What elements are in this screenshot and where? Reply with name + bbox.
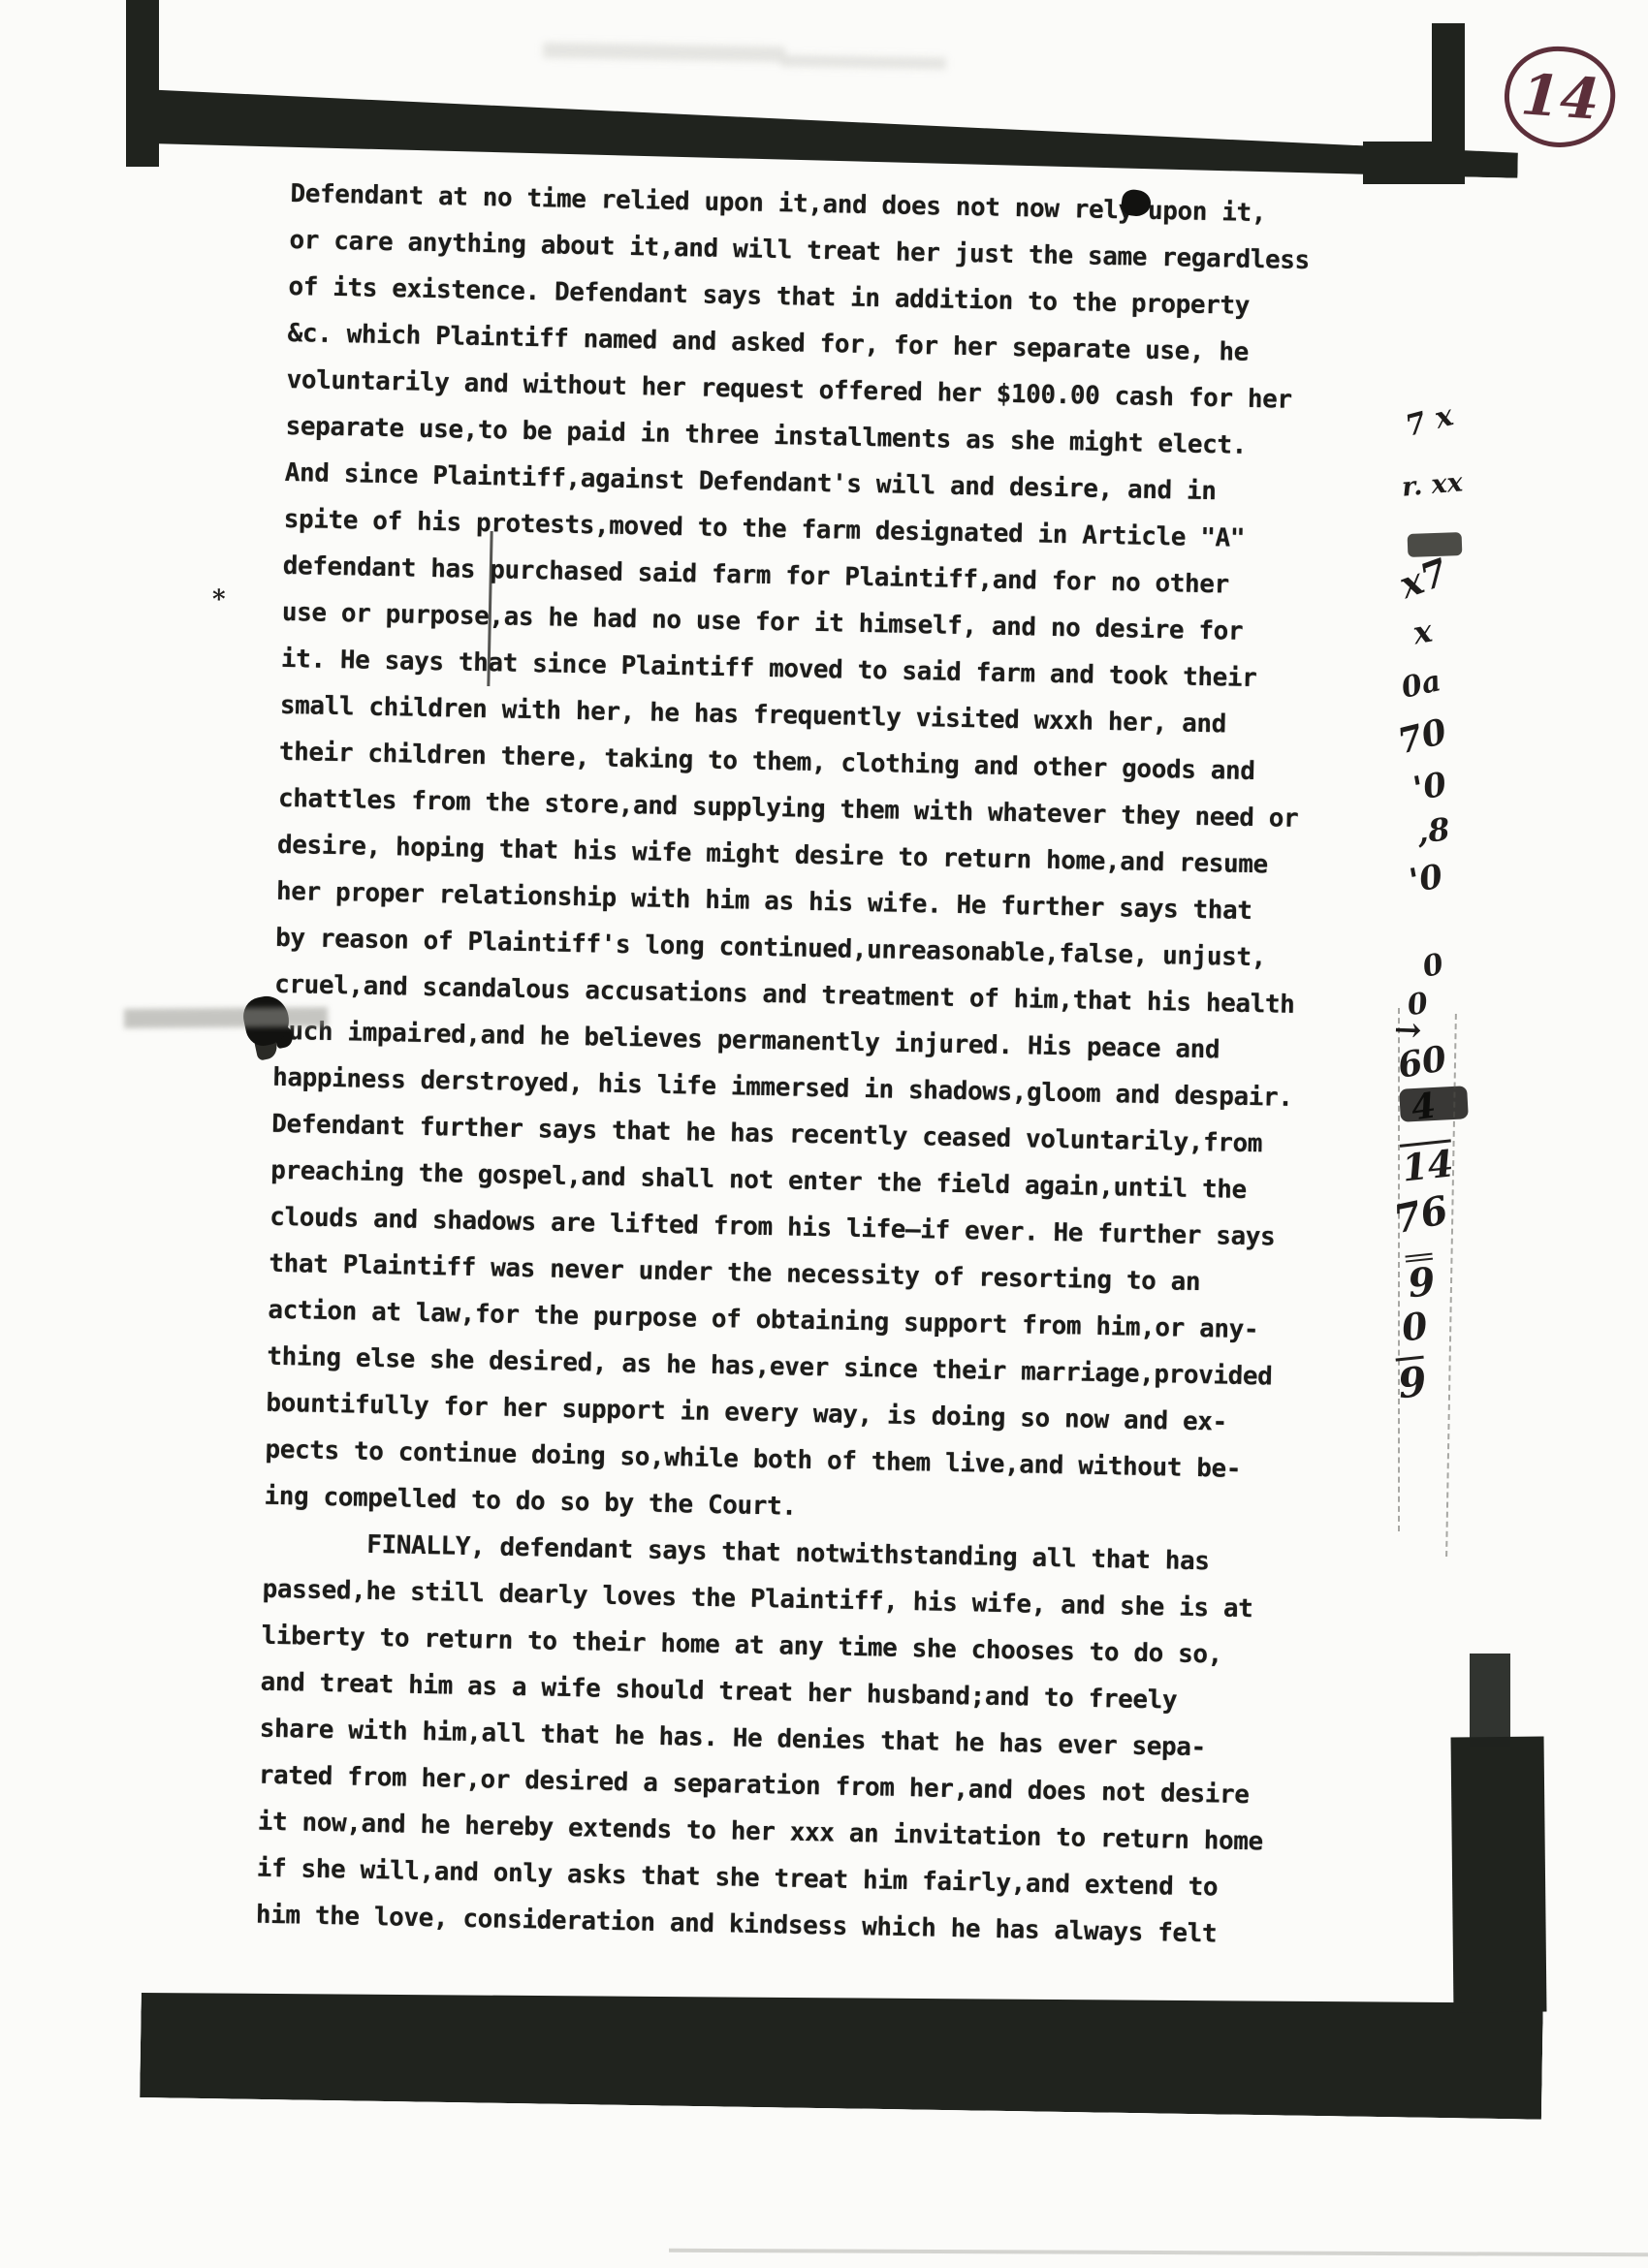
margin-note: 9 [1396, 1356, 1429, 1405]
page-number: 14 [1518, 61, 1600, 132]
margin-note: * [212, 587, 226, 613]
margin-note: ,8 [1415, 813, 1451, 847]
margin-note: '0 [1410, 768, 1448, 805]
bottom-edge-band [140, 1981, 1543, 2120]
smudge-streak [124, 1007, 328, 1028]
margin-note: 14 [1400, 1139, 1455, 1186]
margin-note: 0a [1399, 667, 1443, 704]
ghost-smudge [781, 55, 946, 70]
top-right-corner-bar [1432, 23, 1465, 184]
page-number-badge: 14 [1500, 41, 1620, 152]
scanner-edge-line [669, 2249, 1648, 2256]
margin-note: r. xx [1401, 469, 1464, 500]
margin-note: 70 [1394, 713, 1449, 759]
left-edge-bar [126, 0, 159, 167]
bottom-right-strip [1451, 1737, 1547, 2013]
margin-note: '0 [1407, 860, 1444, 898]
margin-note: 4 [1410, 1087, 1439, 1125]
margin-note: 9 [1405, 1253, 1437, 1305]
scanned-document-page: 14 Defendant at no time relied upon it,a… [0, 0, 1648, 2268]
typed-text-block: Defendant at no time relied upon it,and … [255, 171, 1463, 1962]
margin-note: 0 [1399, 1307, 1429, 1346]
margin-note: 60 [1395, 1041, 1449, 1084]
top-edge-band [140, 89, 1519, 178]
bottom-right-sliver [1470, 1654, 1510, 1747]
top-right-corner-stub [1363, 142, 1437, 184]
margin-note: 76 [1390, 1191, 1451, 1241]
ghost-smudge [543, 43, 785, 62]
